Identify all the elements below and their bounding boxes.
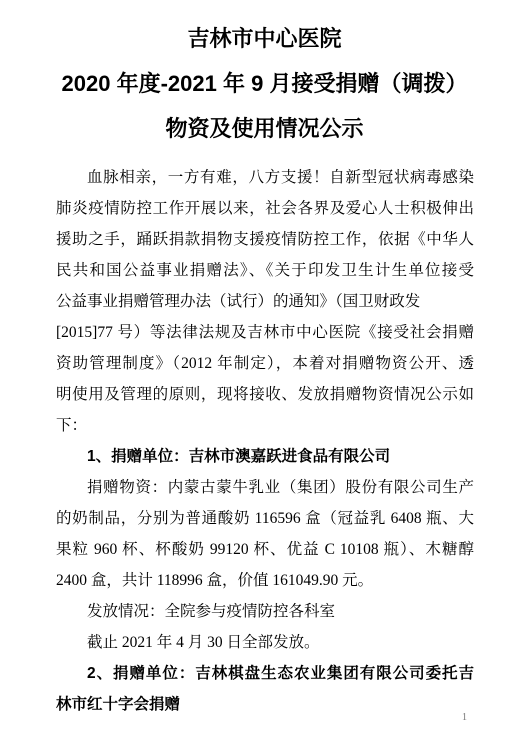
title-line-3: 物资及使用情况公示 xyxy=(0,106,529,151)
intro-line: 民共和国公益事业捐赠法》、《关于印发卫生计生单位接受 xyxy=(56,255,474,286)
donation-item-1: 1、捐赠单位：吉林市澳嘉跃进食品有限公司 捐赠物资：内蒙古蒙牛乳业（集团）股份有… xyxy=(56,441,474,658)
item1-distribution-line: 发放情况：全院参与疫情防控各科室 xyxy=(56,596,474,627)
intro-line: 下： xyxy=(56,410,474,441)
intro-line: 肺炎疫情防控工作开展以来，社会各界及爱心人士积极伸出 xyxy=(56,193,474,224)
item1-materials-line: 的奶制品，分别为普通酸奶 116596 盒（冠益乳 6408 瓶、大 xyxy=(56,503,474,534)
intro-line: [2015]77 号）等法律法规及吉林市中心医院《接受社会捐赠 xyxy=(56,317,474,348)
page-number: 1 xyxy=(462,712,467,724)
item1-materials-line: 捐赠物资：内蒙古蒙牛乳业（集团）股份有限公司生产 xyxy=(56,472,474,503)
item1-materials-line: 2400 盒，共计 118996 盒，价值 161049.90 元。 xyxy=(56,565,474,596)
intro-line: 公益事业捐赠管理办法（试行）的通知》（国卫财政发 xyxy=(56,286,474,317)
item2-heading-line: 2、捐赠单位：吉林棋盘生态农业集团有限公司委托吉 xyxy=(56,658,474,689)
item1-cutoff-line: 截止 2021 年 4 月 30 日全部发放。 xyxy=(56,627,474,658)
intro-paragraph: 血脉相亲，一方有难，八方支援！自新型冠状病毒感染 肺炎疫情防控工作开展以来，社会… xyxy=(56,162,474,441)
item1-heading: 1、捐赠单位：吉林市澳嘉跃进食品有限公司 xyxy=(56,441,474,472)
title-line-1: 吉林市中心医院 xyxy=(0,16,529,61)
intro-line: 血脉相亲，一方有难，八方支援！自新型冠状病毒感染 xyxy=(56,162,474,193)
title-line-2: 2020 年度-2021 年 9 月接受捐赠（调拨） xyxy=(0,61,529,106)
intro-line: 援助之手，踊跃捐款捐物支援疫情防控工作，依据《中华人 xyxy=(56,224,474,255)
intro-line: 明使用及管理的原则，现将接收、发放捐赠物资情况公示如 xyxy=(56,379,474,410)
document-page: 吉林市中心医院 2020 年度-2021 年 9 月接受捐赠（调拨） 物资及使用… xyxy=(0,0,529,744)
donation-item-2: 2、捐赠单位：吉林棋盘生态农业集团有限公司委托吉 林市红十字会捐赠 xyxy=(56,658,474,720)
item2-heading-line: 林市红十字会捐赠 xyxy=(56,689,474,720)
intro-line: 资助管理制度》（2012 年制定），本着对捐赠物资公开、透 xyxy=(56,348,474,379)
item1-materials-line: 果粒 960 杯、杯酸奶 99120 杯、优益 C 10108 瓶）、木糖醇 xyxy=(56,534,474,565)
document-body: 血脉相亲，一方有难，八方支援！自新型冠状病毒感染 肺炎疫情防控工作开展以来，社会… xyxy=(56,162,474,720)
document-title: 吉林市中心医院 2020 年度-2021 年 9 月接受捐赠（调拨） 物资及使用… xyxy=(0,16,529,151)
